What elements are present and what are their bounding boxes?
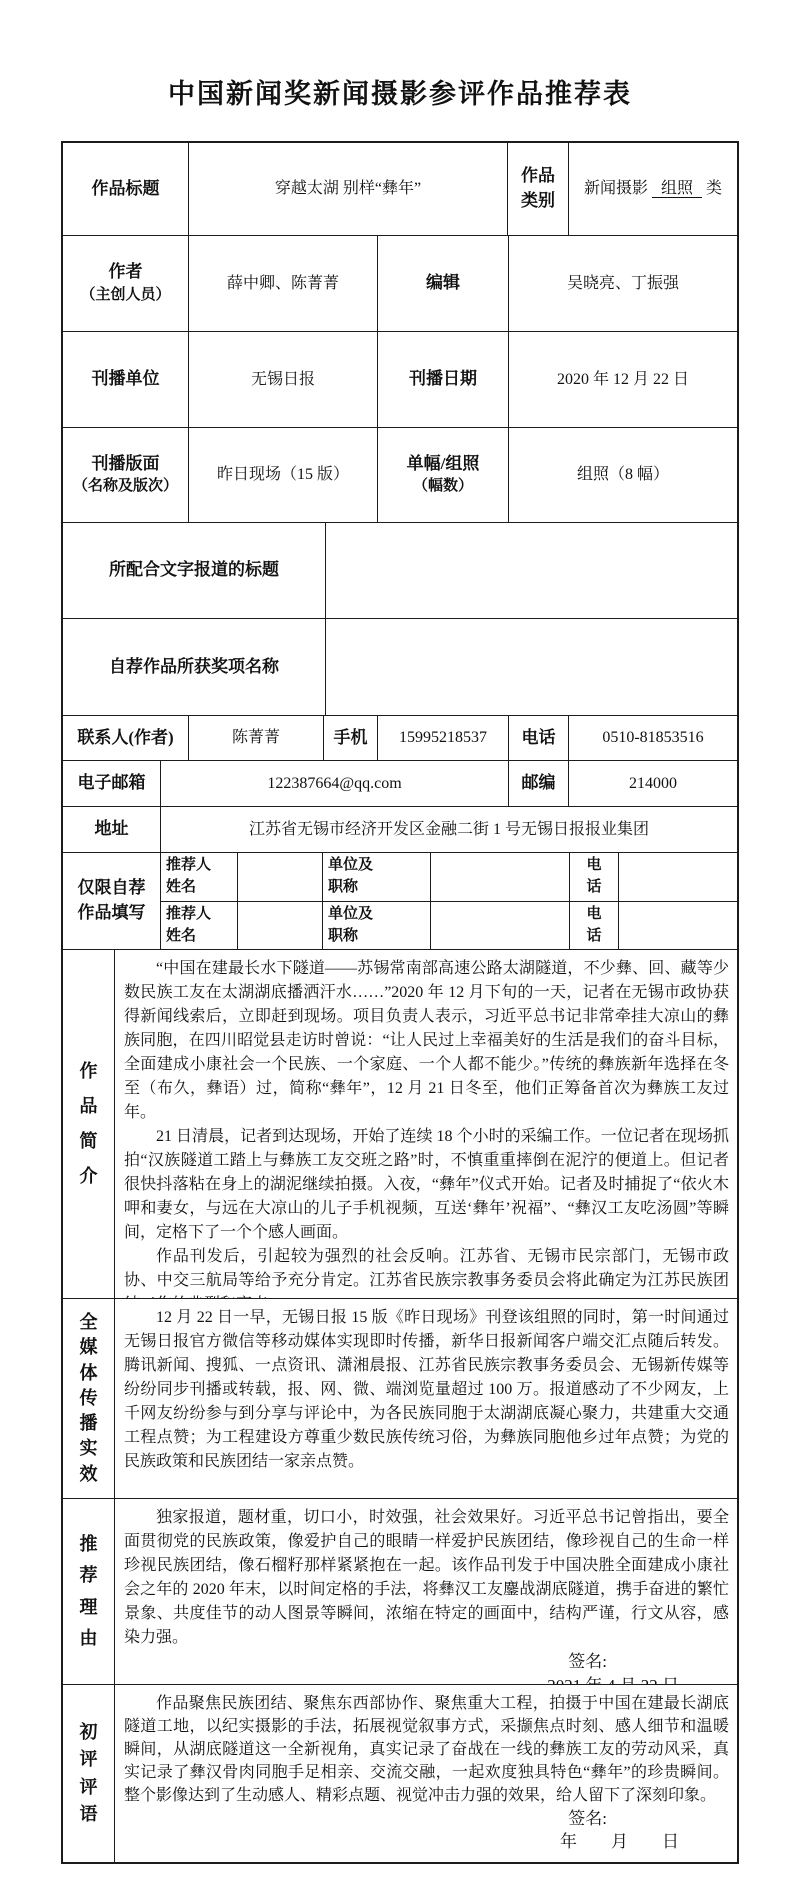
content-recommend: 独家报道，题材重，切口小，时效强，社会效果好。习近平总书记曾指出，要全面贯彻党的… [115, 1499, 737, 1685]
label-email: 电子邮箱 [63, 761, 161, 807]
label-recommender2-name: 推荐人 姓名 [161, 902, 238, 950]
value-publish-page: 昨日现场（15 版） [189, 428, 378, 523]
section-recommend: 推荐理由 独家报道，题材重，切口小，时效强，社会效果好。习近平总书记曾指出，要全… [63, 1499, 737, 1685]
value-author: 薛中卿、陈菁菁 [189, 236, 378, 332]
content-intro: “中国在建最长水下隧道——苏锡常南部高速公路太湖隧道，不少彝、回、藏等少数民族工… [115, 950, 737, 1299]
row-group-self-only: 仅限自荐 作品填写 推荐人 姓名 单位及 职称 电 [63, 853, 737, 950]
value-recommender1-tel [619, 853, 737, 902]
label-category: 作品 类别 [508, 143, 569, 236]
value-contact: 陈菁菁 [189, 716, 324, 761]
row-email: 电子邮箱 122387664@qq.com 邮编 214000 [63, 761, 737, 807]
label-mobile: 手机 [324, 716, 378, 761]
value-work-title: 穿越太湖 别样“彝年” [189, 143, 508, 236]
recommend-paragraph: 独家报道，题材重，切口小，时效强，社会效果好。习近平总书记曾指出，要全面贯彻党的… [124, 1506, 729, 1650]
label-recommend: 推荐理由 [63, 1499, 115, 1685]
self-only-subrows: 推荐人 姓名 单位及 职称 电 话 [161, 853, 737, 950]
label-editor: 编辑 [378, 236, 509, 332]
label-recommender1-name: 推荐人 姓名 [161, 853, 238, 902]
form-table: 作品标题 穿越太湖 别样“彝年” 作品 类别 新闻摄影组照类 作者 （主创人员）… [61, 141, 739, 1864]
row-author: 作者 （主创人员） 薛中卿、陈菁菁 编辑 吴晓亮、丁振强 [63, 236, 737, 332]
row-text-report-title: 所配合文字报道的标题 [63, 523, 737, 619]
row-contact: 联系人(作者) 陈菁菁 手机 15995218537 电话 0510-81853… [63, 716, 737, 761]
label-text-report-title: 所配合文字报道的标题 [63, 523, 326, 619]
label-work-title: 作品标题 [63, 143, 189, 236]
category-underlined-value: 组照 [652, 180, 702, 198]
label-recommender1-tel: 电 话 [570, 853, 619, 902]
document-page: 中国新闻奖新闻摄影参评作品推荐表 作品标题 穿越太湖 别样“彝年” 作品 类别 … [0, 0, 800, 1904]
recommender-row-2: 推荐人 姓名 单位及 职称 电 话 [161, 902, 737, 950]
value-publish-org: 无锡日报 [189, 332, 378, 428]
value-recommender1-name [238, 853, 323, 902]
section-intro: 作品简介 “中国在建最长水下隧道——苏锡常南部高速公路太湖隧道，不少彝、回、藏等… [63, 950, 737, 1299]
value-mobile: 15995218537 [378, 716, 509, 761]
row-address: 地址 江苏省无锡市经济开发区金融二街 1 号无锡日报报业集团 [63, 807, 737, 853]
value-phone: 0510-81853516 [569, 716, 737, 761]
label-publish-org: 刊播单位 [63, 332, 189, 428]
intro-paragraph-3: 作品刊发后，引起较为强烈的社会反响。江苏省、无锡市民宗部门，无锡市政协、中交三航… [124, 1245, 729, 1299]
value-recommender2-org [431, 902, 570, 950]
value-single-group: 组照（8 幅） [509, 428, 737, 523]
recommend-sign-date: 2021 年 4 月 22 日 [124, 1674, 729, 1685]
value-recommender2-name [238, 902, 323, 950]
label-phone: 电话 [509, 716, 569, 761]
preliminary-sign-label: 签名: [124, 1807, 729, 1830]
label-address: 地址 [63, 807, 161, 853]
preliminary-paragraph: 作品聚焦民族团结、聚焦东西部协作、聚焦重大工程，拍摄于中国在建最长湖底隧道工地，… [124, 1692, 729, 1807]
media-effect-paragraph: 12 月 22 日一早，无锡日报 15 版《昨日现场》刊登该组照的同时，第一时间… [124, 1306, 729, 1474]
label-single-group: 单幅/组照 （幅数） [378, 428, 509, 523]
content-preliminary: 作品聚焦民族团结、聚焦东西部协作、聚焦重大工程，拍摄于中国在建最长湖底隧道工地，… [115, 1685, 737, 1862]
preliminary-sign-date: 年 月 日 [124, 1830, 729, 1853]
row-publish-page: 刊播版面 （名称及版次） 昨日现场（15 版） 单幅/组照 （幅数） 组照（8 … [63, 428, 737, 523]
label-media-effect: 全媒体传播实效 [63, 1299, 115, 1499]
intro-paragraph-2: 21 日清晨，记者到达现场，开始了连续 18 个小时的采编工作。一位记者在现场抓… [124, 1125, 729, 1245]
value-postcode: 214000 [569, 761, 737, 807]
intro-paragraph-1: “中国在建最长水下隧道——苏锡常南部高速公路太湖隧道，不少彝、回、藏等少数民族工… [124, 957, 729, 1125]
label-self-award: 自荐作品所获奖项名称 [63, 619, 326, 716]
value-text-report-title [326, 523, 737, 619]
row-work-title: 作品标题 穿越太湖 别样“彝年” 作品 类别 新闻摄影组照类 [63, 143, 737, 236]
value-address: 江苏省无锡市经济开发区金融二街 1 号无锡日报报业集团 [161, 807, 737, 853]
label-contact: 联系人(作者) [63, 716, 189, 761]
label-self-only: 仅限自荐 作品填写 [63, 853, 161, 950]
value-recommender1-org [431, 853, 570, 902]
label-recommender2-tel: 电 话 [570, 902, 619, 950]
value-editor: 吴晓亮、丁振强 [509, 236, 737, 332]
content-media-effect: 12 月 22 日一早，无锡日报 15 版《昨日现场》刊登该组照的同时，第一时间… [115, 1299, 737, 1499]
label-recommender2-org: 单位及 职称 [323, 902, 431, 950]
label-recommender1-org: 单位及 职称 [323, 853, 431, 902]
recommend-sign-label: 签名: [124, 1650, 729, 1674]
row-publish-org: 刊播单位 无锡日报 刊播日期 2020 年 12 月 22 日 [63, 332, 737, 428]
value-self-award [326, 619, 737, 716]
section-media-effect: 全媒体传播实效 12 月 22 日一早，无锡日报 15 版《昨日现场》刊登该组照… [63, 1299, 737, 1499]
section-preliminary: 初评评语 作品聚焦民族团结、聚焦东西部协作、聚焦重大工程，拍摄于中国在建最长湖底… [63, 1685, 737, 1862]
label-publish-date: 刊播日期 [378, 332, 509, 428]
value-category: 新闻摄影组照类 [569, 143, 737, 236]
value-email: 122387664@qq.com [161, 761, 509, 807]
label-author: 作者 （主创人员） [63, 236, 189, 332]
value-recommender2-tel [619, 902, 737, 950]
page-title: 中国新闻奖新闻摄影参评作品推荐表 [0, 72, 800, 111]
label-intro: 作品简介 [63, 950, 115, 1299]
recommender-row-1: 推荐人 姓名 单位及 职称 电 话 [161, 853, 737, 902]
label-postcode: 邮编 [509, 761, 569, 807]
label-publish-page: 刊播版面 （名称及版次） [63, 428, 189, 523]
label-preliminary: 初评评语 [63, 1685, 115, 1862]
value-publish-date: 2020 年 12 月 22 日 [509, 332, 737, 428]
row-self-award: 自荐作品所获奖项名称 [63, 619, 737, 716]
